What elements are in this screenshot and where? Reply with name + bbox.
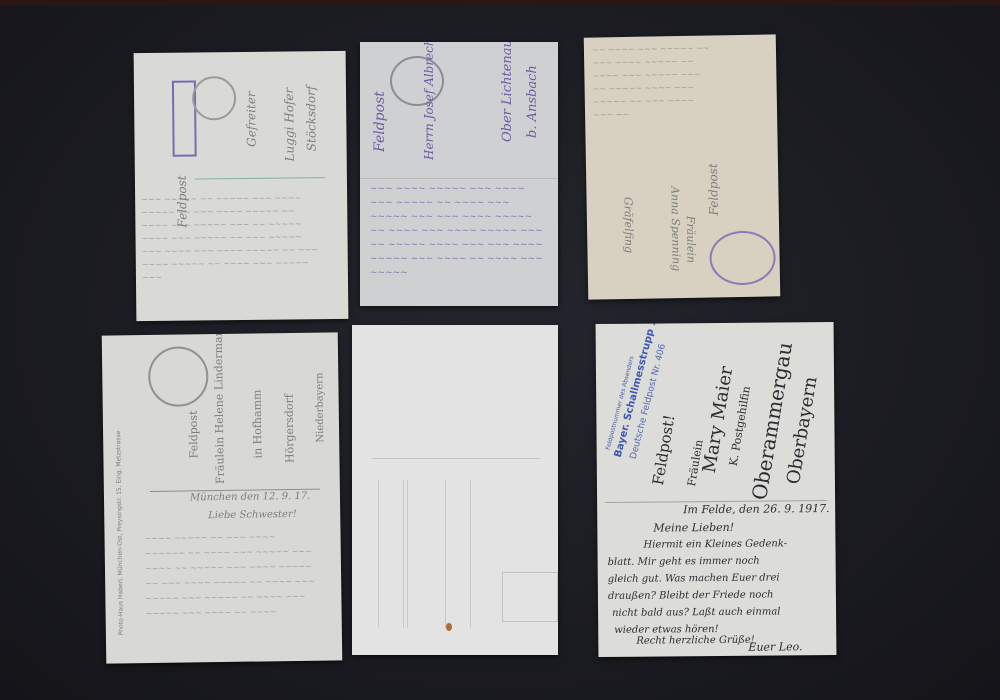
message-scribble: ~~ ~~~~ ~~~ ~~~~~ ~~ ~~~ ~~~~ ~~~~~ ~~ ~… xyxy=(592,41,714,153)
postcard-bottom-right: Feldpostnummer des Absenders Bayer. Scha… xyxy=(596,322,837,657)
date-line: Im Felde, den 26. 9. 1917. xyxy=(683,502,830,516)
postcard-top-center: Feldpost Herrn Josef Albrecht Ober Licht… xyxy=(360,42,558,306)
address-line: Anna Spenning xyxy=(668,186,682,271)
message-line: wieder etwas hören! xyxy=(614,624,718,636)
rust-spot xyxy=(446,623,452,631)
address-recipient: Fräulein Helene Lindermann xyxy=(212,332,227,484)
address-region: Niederbayern xyxy=(314,372,326,442)
postcard-bottom-center xyxy=(352,325,558,655)
message-line: Hiermit ein Kleines Gedenk- xyxy=(643,538,787,550)
message-line: draußen? Bleibt der Friede noch xyxy=(608,590,774,602)
address-line: Gefreiter xyxy=(244,91,259,147)
address-feldpost: Feldpost! xyxy=(649,413,679,486)
table-edge xyxy=(0,0,1000,6)
address-street: in Hofhamm xyxy=(250,390,264,459)
address-line: Gräfelfing xyxy=(622,197,636,253)
salutation: Liebe Schwester! xyxy=(208,509,297,521)
message-line: nicht bald aus? Laßt auch einmal xyxy=(612,606,780,618)
address-line: Luggi Hofer xyxy=(282,88,297,162)
address-rule xyxy=(407,480,408,628)
address-line: b. Ansbach xyxy=(525,65,540,138)
postcard-bottom-left: Photo-Haus Haberl, München-Ost, Preysing… xyxy=(102,332,343,663)
address-line: Feldpost xyxy=(706,163,721,215)
message-scribble: ~~~~ ~~~~~ ~~ ~~~ ~~~~ ~~~~~~ ~~ ~~~~ ~~… xyxy=(144,529,316,651)
address-line: Stöcksdorf xyxy=(304,86,319,152)
address-rule xyxy=(403,480,404,628)
postmark xyxy=(148,346,209,407)
address-rule xyxy=(378,480,379,628)
message-scribble: ~~~ ~~~~~ ~~ ~~~~~ ~~~ ~~~~ ~~~~~ ~~ ~~~… xyxy=(141,191,322,313)
stamp-box xyxy=(502,572,558,622)
date-line: München den 12. 9. 17. xyxy=(190,491,310,504)
signature: Euer Leo. xyxy=(748,640,802,653)
postmark xyxy=(192,76,236,120)
message-line: blatt. Mir geht es immer noch xyxy=(608,556,760,568)
address-line: Ober Lichtenau xyxy=(500,42,515,142)
divider-line xyxy=(195,177,325,179)
publisher-imprint: Photo-Haus Haberl, München-Ost, Preysing… xyxy=(115,431,125,636)
divider-line xyxy=(360,178,558,179)
address-rule xyxy=(470,480,471,628)
unit-seal xyxy=(709,230,776,285)
address-town: Hörgersdorf xyxy=(283,394,297,463)
postcard-top-left: Feldpost Luggi Hofer Gefreiter Stöcksdor… xyxy=(134,51,349,321)
postcard-top-right: Feldpost Fräulein Anna Spenning Gräfelfi… xyxy=(584,34,781,299)
address-feldpost: Feldpost xyxy=(187,410,201,458)
message-line: gleich gut. Was machen Euer drei xyxy=(608,572,780,584)
address-line: Fräulein xyxy=(684,216,698,263)
salutation: Meine Lieben! xyxy=(653,521,734,535)
closing: Recht herzliche Grüße! xyxy=(636,635,755,647)
address-rule xyxy=(445,480,446,628)
address-line: Herrn Josef Albrecht xyxy=(422,42,436,160)
address-line: Feldpost xyxy=(372,91,388,152)
message-scribble: ~~~ ~~~~ ~~~~~ ~~~ ~~~~ ~~~ ~~~~~ ~~ ~~~… xyxy=(370,182,550,300)
address-divider xyxy=(372,458,540,459)
